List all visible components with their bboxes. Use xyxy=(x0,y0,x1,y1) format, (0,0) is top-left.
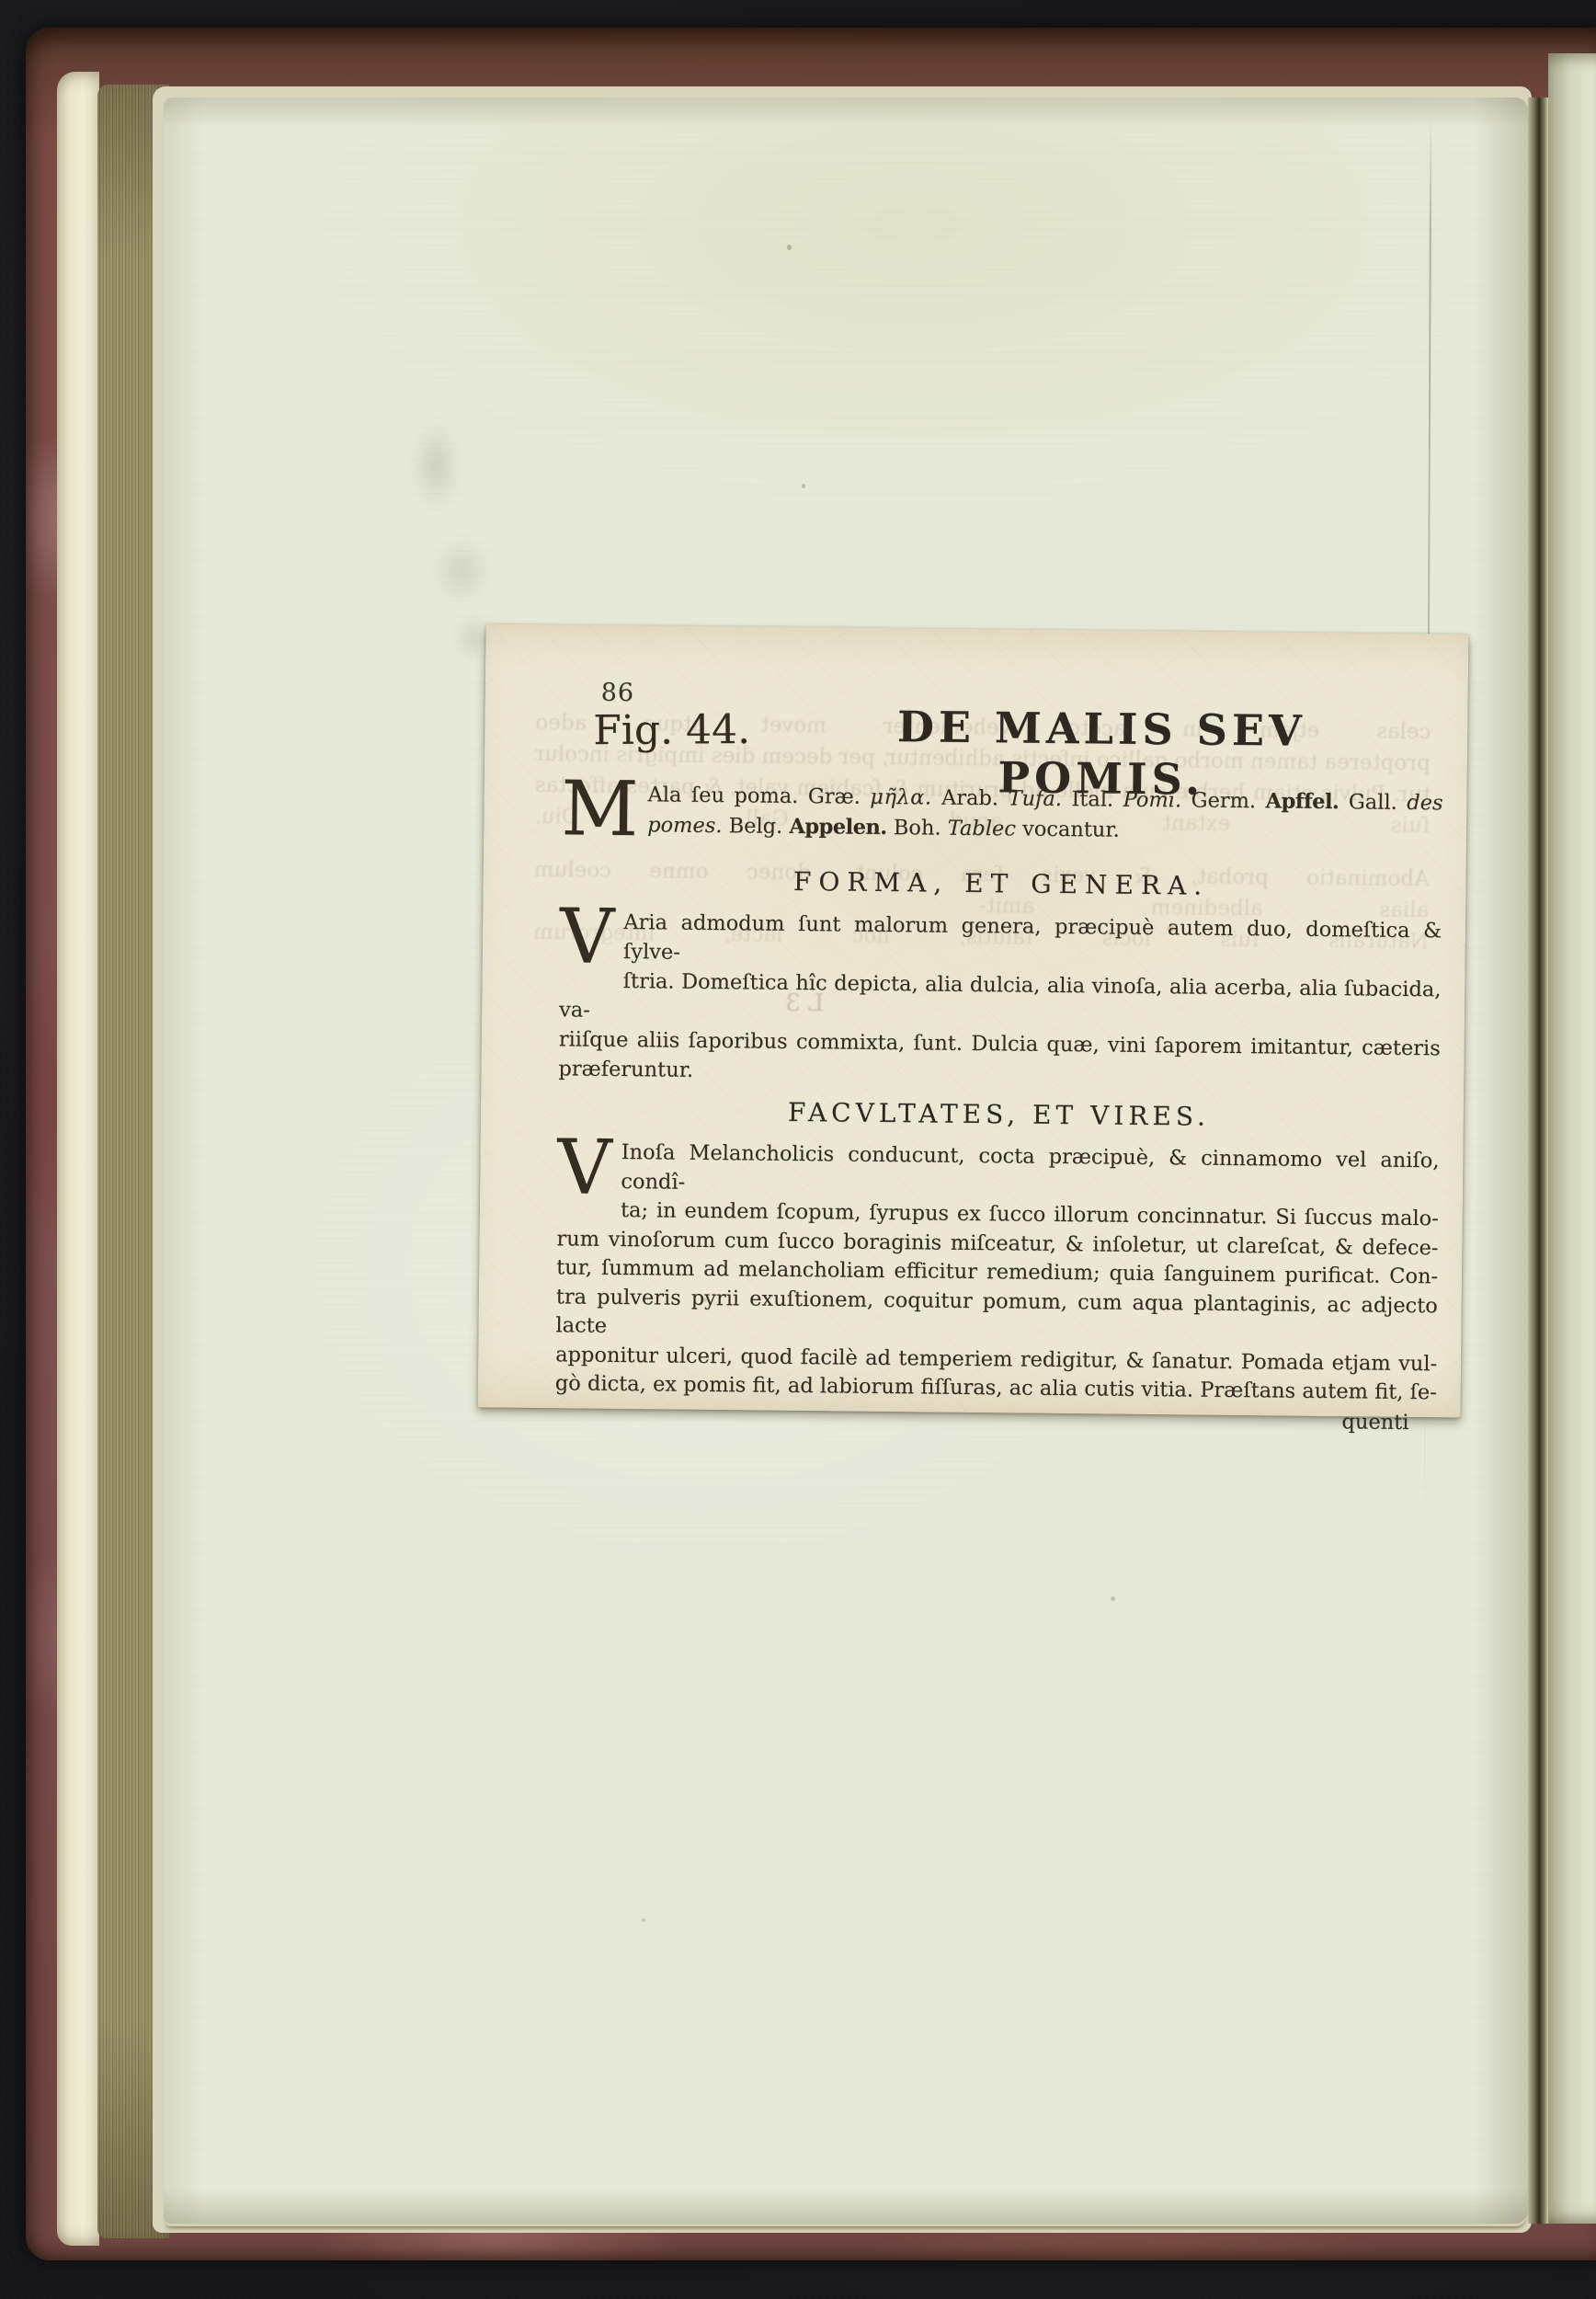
pencil-smudge xyxy=(410,421,462,509)
forma-paragraph: V Aria admodum ſunt malorum genera, præc… xyxy=(558,907,1442,1092)
page-number: 86 xyxy=(601,679,635,707)
text-line: Aria admodum ſunt malorum genera, præcip… xyxy=(560,907,1442,975)
page-speck xyxy=(1111,1596,1115,1601)
book-scan-photo: celas etjam in aceto vehementer movet at… xyxy=(0,0,1596,2299)
right-page-edge xyxy=(1548,53,1596,2224)
book-gutter xyxy=(1528,97,1548,2224)
vernacular-names-paragraph: M Ala ſeu poma. Græ. μῆλα. Arab. Tufa. I… xyxy=(561,779,1443,849)
section-heading-forma: FORMA, ET GENERA. xyxy=(560,864,1442,903)
page-edge-strip xyxy=(57,72,99,2246)
text-line: ſtria. Domeſtica hîc depicta, alia dulci… xyxy=(559,966,1442,1034)
text-column: M Ala ſeu poma. Græ. μῆλα. Arab. Tufa. I… xyxy=(554,779,1442,1438)
left-page: celas etjam in aceto vehementer movet at… xyxy=(164,97,1528,2224)
text-line: tra pulveris pyrii exuſtionem, coquitur … xyxy=(555,1283,1438,1350)
page-speck xyxy=(642,1918,645,1922)
text-line: Inoſa Melancholicis conducunt, cocta præ… xyxy=(557,1138,1440,1205)
facultates-paragraph: V Inoſa Melancholicis conducunt, cocta p… xyxy=(554,1138,1439,1438)
pencil-smudge xyxy=(432,537,491,605)
drop-cap: V xyxy=(560,909,615,969)
drop-cap: M xyxy=(561,782,639,841)
page-speck xyxy=(802,484,805,488)
drop-cap: V xyxy=(557,1140,612,1200)
figure-label: Fig. 44. xyxy=(593,706,750,754)
section-heading-facultates: FACVLTATES, ET VIRES. xyxy=(558,1094,1440,1134)
pasted-clipping: celas etjam in aceto vehementer movet at… xyxy=(478,623,1469,1417)
page-speck xyxy=(787,245,792,250)
